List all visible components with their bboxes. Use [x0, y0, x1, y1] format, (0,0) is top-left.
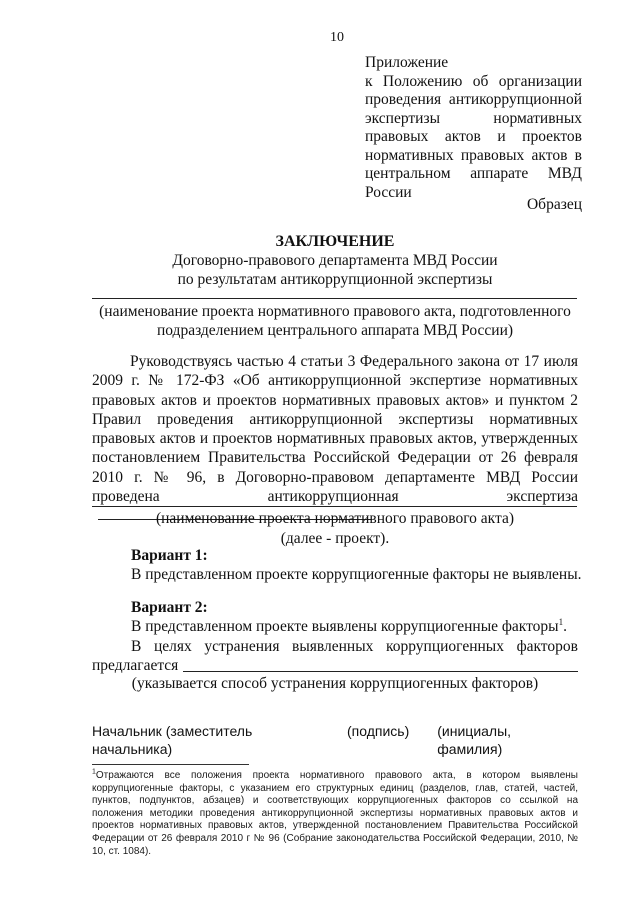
appendix-caption: Приложение — [365, 54, 582, 73]
signatory-position: Начальник (заместитель начальника) — [92, 722, 333, 758]
remedy-word: В — [131, 637, 141, 656]
remedy-paragraph: В целях устранения выявленных коррупциог… — [92, 637, 578, 675]
act-name-hint-line-1: (наименование проекта нормативного право… — [92, 509, 578, 529]
sample-label: Образец — [527, 196, 582, 214]
variant-2-text-body: В представленном проекте выявлены корруп… — [131, 618, 559, 635]
remedy-word: факторов — [517, 637, 578, 656]
remedy-line-1: В целях устранения выявленных коррупциог… — [92, 637, 578, 656]
remedy-hint: (указывается способ устранения коррупцио… — [92, 674, 578, 693]
appendix-block: Приложение к Положению об организации пр… — [365, 54, 582, 202]
project-name-hint-line-1: (наименование проекта нормативного право… — [92, 302, 578, 321]
remedy-word: коррупциогенных — [386, 637, 504, 656]
variant-1-heading: Вариант 1: — [131, 547, 208, 565]
variant-2-text-end: . — [563, 618, 567, 635]
fill-in-line-act-name — [92, 506, 577, 507]
document-page: 10 Приложение к Положению об организации… — [0, 0, 640, 905]
act-name-hint: (наименование проекта нормативного право… — [92, 509, 578, 548]
fill-in-line-remedy — [183, 658, 578, 672]
appendix-text: к Положению об организации проведения ан… — [365, 73, 582, 203]
project-name-hint: (наименование проекта нормативного право… — [92, 302, 578, 340]
initials-surname-hint: (инициалы, фамилия) — [437, 722, 578, 758]
footnote: 1Отражаются все положения проекта нормат… — [92, 770, 578, 858]
variant-1-text: В представленном проекте коррупциогенные… — [131, 566, 582, 584]
variant-2-text: В представленном проекте выявлены корруп… — [131, 618, 567, 636]
remedy-line-2: предлагается — [92, 656, 578, 675]
signature-block: Начальник (заместитель начальника) (подп… — [92, 722, 578, 758]
footnote-separator — [92, 764, 249, 765]
title-block: ЗАКЛЮЧЕНИЕ Договорно-правового департаме… — [92, 232, 578, 289]
remedy-word: устранения — [204, 637, 279, 656]
variant-2-heading: Вариант 2: — [131, 599, 208, 617]
project-name-hint-line-2: подразделением центрального аппарата МВД… — [92, 321, 578, 340]
remedy-word: целях — [154, 637, 192, 656]
body-paragraph: Руководствуясь частью 4 статьи 3 Федерал… — [92, 352, 578, 526]
signature-hint: (подпись) — [347, 722, 409, 758]
remedy-word: выявленных — [292, 637, 373, 656]
footnote-text: Отражаются все положения проекта нормати… — [92, 770, 578, 857]
body-paragraph-text: Руководствуясь частью 4 статьи 3 Федерал… — [92, 353, 578, 505]
document-subtitle-purpose: по результатам антикоррупционной эксперт… — [92, 270, 578, 289]
act-name-hint-line-2: (далее - проект). — [92, 529, 578, 549]
document-title: ЗАКЛЮЧЕНИЕ — [92, 232, 578, 251]
remedy-proposed-label: предлагается — [92, 656, 178, 675]
fill-in-line-project-name — [92, 298, 577, 299]
page-number: 10 — [330, 30, 344, 46]
document-subtitle-department: Договорно-правового департамента МВД Рос… — [92, 251, 578, 270]
